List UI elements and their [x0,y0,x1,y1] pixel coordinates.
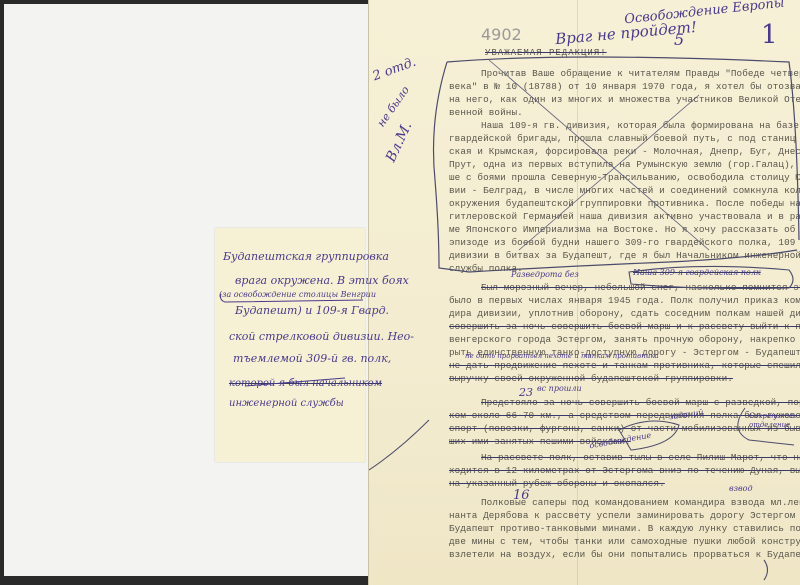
paragraph-1-line-3: на него, как один из многих и множества … [449,93,800,106]
paragraph-2-line-9: ме Японского Империализма на Востоке. Но… [449,223,800,236]
paragraph-5-line-2: ходится в 12 километрах от Эстергома вни… [449,464,800,477]
edit-sohranilos: Сохранилось отделение [749,412,797,430]
note-line-8: инженерной службы [229,398,344,409]
paragraph-3-line-4: совершить за ночь совершить боевой марш … [449,320,800,333]
paragraph-6-line-4: две мины с тем, чтобы танки или самоходн… [449,535,800,548]
edit-razvedrota: Разведрота без [511,270,579,279]
paragraph-2-line-1: Наша 109-я гв. дивизия, которая была фор… [481,119,800,132]
paragraph-1-line-1: Прочитав Ваше обращение к читателям Прав… [481,67,800,80]
paragraph-5-line-3: на указанный рубеж обороны и окопался. [449,477,665,490]
paragraph-2-line-6: вии - Белград, в числе многих частей и с… [449,184,800,197]
mark-five: 5 [674,30,684,49]
paragraph-4-line-2: ком около 66-70 км., а средством передви… [449,409,800,422]
archive-number: 4902 [481,25,522,44]
page-number: 1 [761,20,778,50]
paragraph-1-line-2: века" в № 10 (18788) от 10 января 1970 г… [449,80,800,93]
note-line-2: врага окружена. В этих боях [235,274,409,287]
paragraph-4-line-3: спорт (повозки, фургоны, санки) от части… [449,422,800,435]
paragraph-2-line-7: окружения будапештской группировки проти… [449,197,800,210]
typed-title-struck: УВАЖАЕМАЯ РЕДАКЦИЯ! [485,47,607,60]
paragraph-3-line-7: не дать продвижение пехоте и танкам прот… [449,359,800,372]
paragraph-3-line-8: выручку своей окруженной будапештской гр… [449,372,733,385]
paragraph-6-line-5: взлетели на воздух, если бы они попытали… [449,548,800,561]
paragraph-6-line-3: Будапешт противо-танковыми минами. В каж… [449,522,800,535]
paragraph-2-line-11: дивизии в битвах за Будапешт, где я был … [449,249,800,262]
paragraph-3-line-3: дира дивизии, уплотнив оборону, сдать со… [449,307,800,320]
paragraph-2-line-5: ше с боями прошла Северную-Трансильванию… [449,171,800,184]
edit-vzvod: взвод [729,484,753,493]
paragraph-2-line-4: Прут, одна из первых вступила на Румынск… [449,158,800,171]
paragraph-3-line-5: венгерского города Эстергом, занять проч… [449,333,800,346]
edit-number-16: 16 [513,488,530,503]
edit-vs-proshli: вс прошли [537,384,582,393]
paragraph-3-line-1: Был морозный вечер, небольшой снег, наск… [481,281,800,294]
note-line-5: ской стрелковой дивизии. Нео- [229,330,414,343]
paragraph-3-line-2: было в первых числах января 1945 года. П… [449,294,800,307]
paragraph-2-line-2: гвардейской бригады, прошла славный боев… [449,132,800,145]
edit-nasha-polk: Наша 309-я гвардейская полк [633,268,761,277]
paragraph-2-line-8: гитлеровской Германией наша дивизия акти… [449,210,800,223]
edit-number-23: 23 [519,386,533,399]
paragraph-2-line-10: эпизоде из боевой будни нашего 309-го гв… [449,236,800,249]
paragraph-6-line-2: нанта Дерябова к рассвету успели заминир… [449,509,800,522]
paragraph-5-line-1: На рассвете полк, оставив тылы в селе Пи… [481,451,800,464]
note-line-3: (за освобождение столицы Венгрии [219,290,376,299]
note-line-1: Будапештская группировка [223,250,389,263]
note-line-4: Будапешт) и 109-я Гвард. [235,304,389,317]
note-line-6: тъемлемой 309-й гв. полк, [233,352,391,365]
paragraph-1-line-4: венной войны. [449,106,523,119]
pasted-handwritten-note: Будапештская группировка врага окружена.… [215,228,365,462]
note-bracket-overlay [215,228,365,462]
paragraph-2-line-3: ская и Крымская, форсировала реки - Моло… [449,145,800,158]
typed-letter-page: Освобождение Европы 4902 Враг не пройдет… [368,0,800,585]
note-line-7: которой я был начальником [229,378,382,389]
